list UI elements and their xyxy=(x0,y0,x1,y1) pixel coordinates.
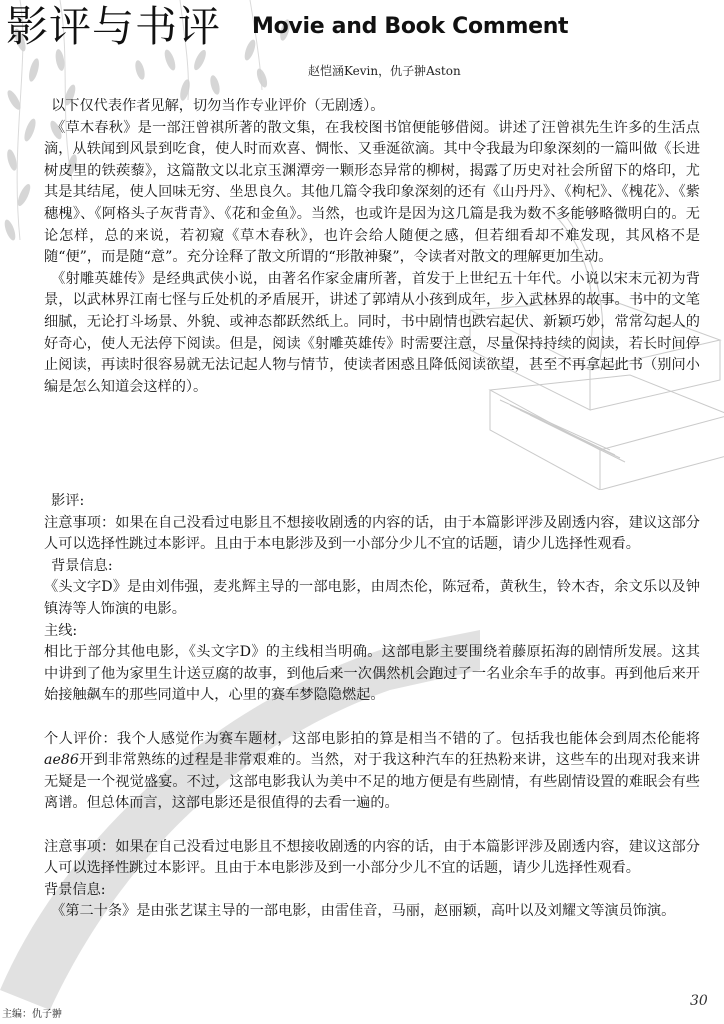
authors-line: 赵恺涵Kevin，仇子翀Aston xyxy=(308,62,461,80)
plot-text: 相比于部分其他电影，《头文字D》的主线相当明确。这部电影主要围绕着藤原拓海的剧情… xyxy=(44,642,700,707)
background-label: 背景信息: xyxy=(44,556,700,578)
movie-review-section: 影评: 注意事项：如果在自己没看过电影且不想接收剧透的内容的话，由于本篇影评涉及… xyxy=(44,491,700,923)
page-number: 30 xyxy=(690,993,708,1009)
plot-label: 主线: xyxy=(44,621,700,643)
background-text: 《第二十条》是由张艺谋主导的一部电影，由雷佳音，马丽，赵丽颖，高叶以及刘耀文等演… xyxy=(44,901,700,923)
car-model-text: ae86 xyxy=(44,752,79,768)
spoiler-notice: 注意事项：如果在自己没看过电影且不想接收剧透的内容的话，由于本篇影评涉及剧透内容… xyxy=(44,837,700,880)
footer-editor: 主编：仇子翀 xyxy=(2,1005,62,1020)
disclaimer-text: 以下仅代表作者见解，切勿当作专业评价（无剧透）。 xyxy=(44,96,700,118)
book-review-paragraph: 《射雕英雄传》是经典武侠小说，由著名作家金庸所著，首发于上世纪五十年代。小说以宋… xyxy=(44,269,700,399)
personal-review-text: 个人评价：我个人感觉作为赛车题材，这部电影拍的算是相当不错的了。包括我也能体会到… xyxy=(44,729,700,815)
page-title-english: Movie and Book Comment xyxy=(252,12,568,42)
spacer xyxy=(44,815,700,837)
review-text-part: 开到非常熟练的过程是非常艰难的。当然，对于我这种汽车的狂热粉来讲，这些车的出现对… xyxy=(44,752,700,811)
review-text-part: 个人评价：我个人感觉作为赛车题材，这部电影拍的算是相当不错的了。包括我也能体会到… xyxy=(44,731,700,747)
page-title-chinese: 影评与书评 xyxy=(6,2,221,52)
spacer xyxy=(44,707,700,729)
book-review-section: 以下仅代表作者见解，切勿当作专业评价（无剧透）。 《草木春秋》是一部汪曾祺所著的… xyxy=(44,96,700,398)
spoiler-notice: 注意事项：如果在自己没看过电影且不想接收剧透的内容的话，由于本篇影评涉及剧透内容… xyxy=(44,513,700,556)
background-label: 背景信息: xyxy=(44,880,700,902)
background-text: 《头文字D》是由刘伟强，麦兆辉主导的一部电影，由周杰伦，陈冠希，黄秋生，铃木杏，… xyxy=(44,577,700,620)
book-review-paragraph: 《草木春秋》是一部汪曾祺所著的散文集，在我校图书馆便能够借阅。讲述了汪曾祺先生许… xyxy=(44,118,700,269)
movie-review-heading: 影评: xyxy=(44,491,700,513)
